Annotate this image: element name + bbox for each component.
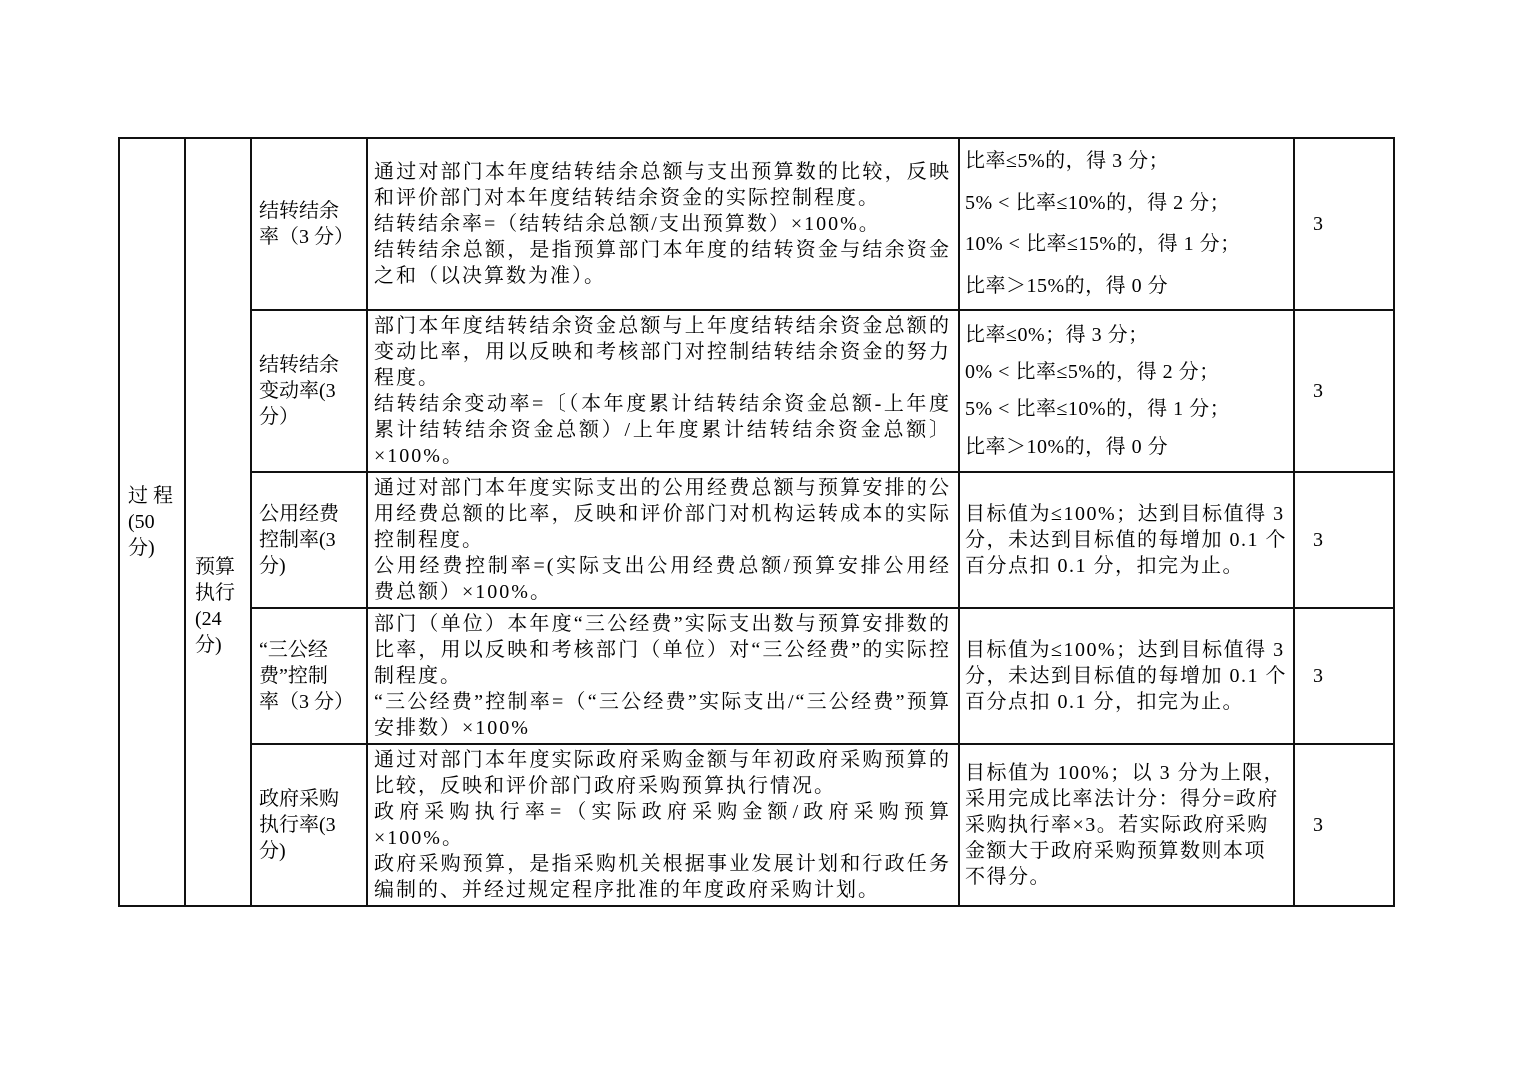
criteria-cell: 比率≤0%；得 3 分； 0% < 比率≤5%的，得 2 分； 5% < 比率≤… bbox=[959, 310, 1294, 472]
criteria-cell: 目标值为≤100%；达到目标值得 3 分，未达到目标值的每增加 0.1 个百分点… bbox=[959, 608, 1294, 744]
table-row: 过 程 (50 分) 预算 执行 (24 分) 结转结余 率（3 分） 通过对部… bbox=[119, 138, 1394, 310]
criteria-cell: 目标值为 100%；以 3 分为上限，采用完成比率法计分：得分=政府采购执行率×… bbox=[959, 744, 1294, 906]
score-cell: 3 bbox=[1294, 472, 1394, 608]
table-row: 结转结余 变动率(3 分） 部门本年度结转结余资金总额与上年度结转结余资金总额的… bbox=[119, 310, 1394, 472]
table-row: “三公经 费”控制 率（3 分） 部门（单位）本年度“三公经费”实际支出数与预算… bbox=[119, 608, 1394, 744]
dimension-cell-process: 过 程 (50 分) bbox=[119, 138, 185, 906]
table-row: 政府采购 执行率(3 分) 通过对部门本年度实际政府采购金额与年初政府采购预算的… bbox=[119, 744, 1394, 906]
score-cell: 3 bbox=[1294, 744, 1394, 906]
indicator-cell: “三公经 费”控制 率（3 分） bbox=[251, 608, 367, 744]
description-cell: 通过对部门本年度结转结余总额与支出预算数的比较，反映和评价部门对本年度结转结余资… bbox=[367, 138, 959, 310]
description-cell: 部门（单位）本年度“三公经费”实际支出数与预算安排数的比率，用以反映和考核部门（… bbox=[367, 608, 959, 744]
indicator-cell: 公用经费 控制率(3 分) bbox=[251, 472, 367, 608]
document-page: 过 程 (50 分) 预算 执行 (24 分) 结转结余 率（3 分） 通过对部… bbox=[0, 0, 1520, 1074]
score-cell: 3 bbox=[1294, 310, 1394, 472]
description-cell: 通过对部门本年度实际支出的公用经费总额与预算安排的公用经费总额的比率，反映和评价… bbox=[367, 472, 959, 608]
criteria-cell: 比率≤5%的，得 3 分； 5% < 比率≤10%的，得 2 分； 10% < … bbox=[959, 138, 1294, 310]
table-row: 公用经费 控制率(3 分) 通过对部门本年度实际支出的公用经费总额与预算安排的公… bbox=[119, 472, 1394, 608]
description-cell: 部门本年度结转结余资金总额与上年度结转结余资金总额的变动比率，用以反映和考核部门… bbox=[367, 310, 959, 472]
indicator-cell: 结转结余 率（3 分） bbox=[251, 138, 367, 310]
description-cell: 通过对部门本年度实际政府采购金额与年初政府采购预算的比较，反映和评价部门政府采购… bbox=[367, 744, 959, 906]
criteria-cell: 目标值为≤100%；达到目标值得 3 分，未达到目标值的每增加 0.1 个百分点… bbox=[959, 472, 1294, 608]
indicator-cell: 结转结余 变动率(3 分） bbox=[251, 310, 367, 472]
score-cell: 3 bbox=[1294, 138, 1394, 310]
section-cell-budget-execution: 预算 执行 (24 分) bbox=[185, 138, 251, 906]
score-cell: 3 bbox=[1294, 608, 1394, 744]
indicator-cell: 政府采购 执行率(3 分) bbox=[251, 744, 367, 906]
evaluation-table: 过 程 (50 分) 预算 执行 (24 分) 结转结余 率（3 分） 通过对部… bbox=[118, 137, 1395, 907]
